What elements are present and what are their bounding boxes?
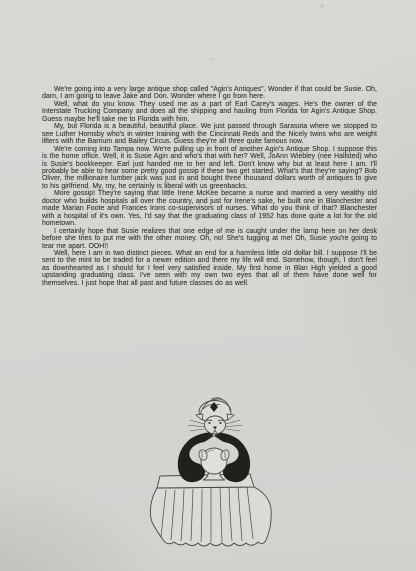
story-paragraph: We're going into a very large antique sh… xyxy=(42,86,377,101)
fortune-table xyxy=(150,474,271,546)
story-paragraph: We're coming into Tampa now. We're pulli… xyxy=(42,146,377,191)
story-paragraph: My, but Florida is a beautiful, beautifu… xyxy=(42,123,377,145)
cat-face xyxy=(188,416,242,434)
story-text-block: We're going into a very large antique sh… xyxy=(42,86,377,287)
story-paragraph: More gossip! They're saying that little … xyxy=(42,190,377,227)
story-paragraph: Well, here I am in two distinct pieces. … xyxy=(42,250,377,287)
cat-fortune-teller-drawing xyxy=(130,380,290,565)
story-paragraph: I certainly hope that Susie realizes tha… xyxy=(42,228,377,250)
story-paragraph: Well, what do you know. They used me as … xyxy=(42,101,377,123)
scanned-yearbook-page: We're going into a very large antique sh… xyxy=(0,0,416,571)
cat-fortune-teller-illustration xyxy=(130,380,290,565)
